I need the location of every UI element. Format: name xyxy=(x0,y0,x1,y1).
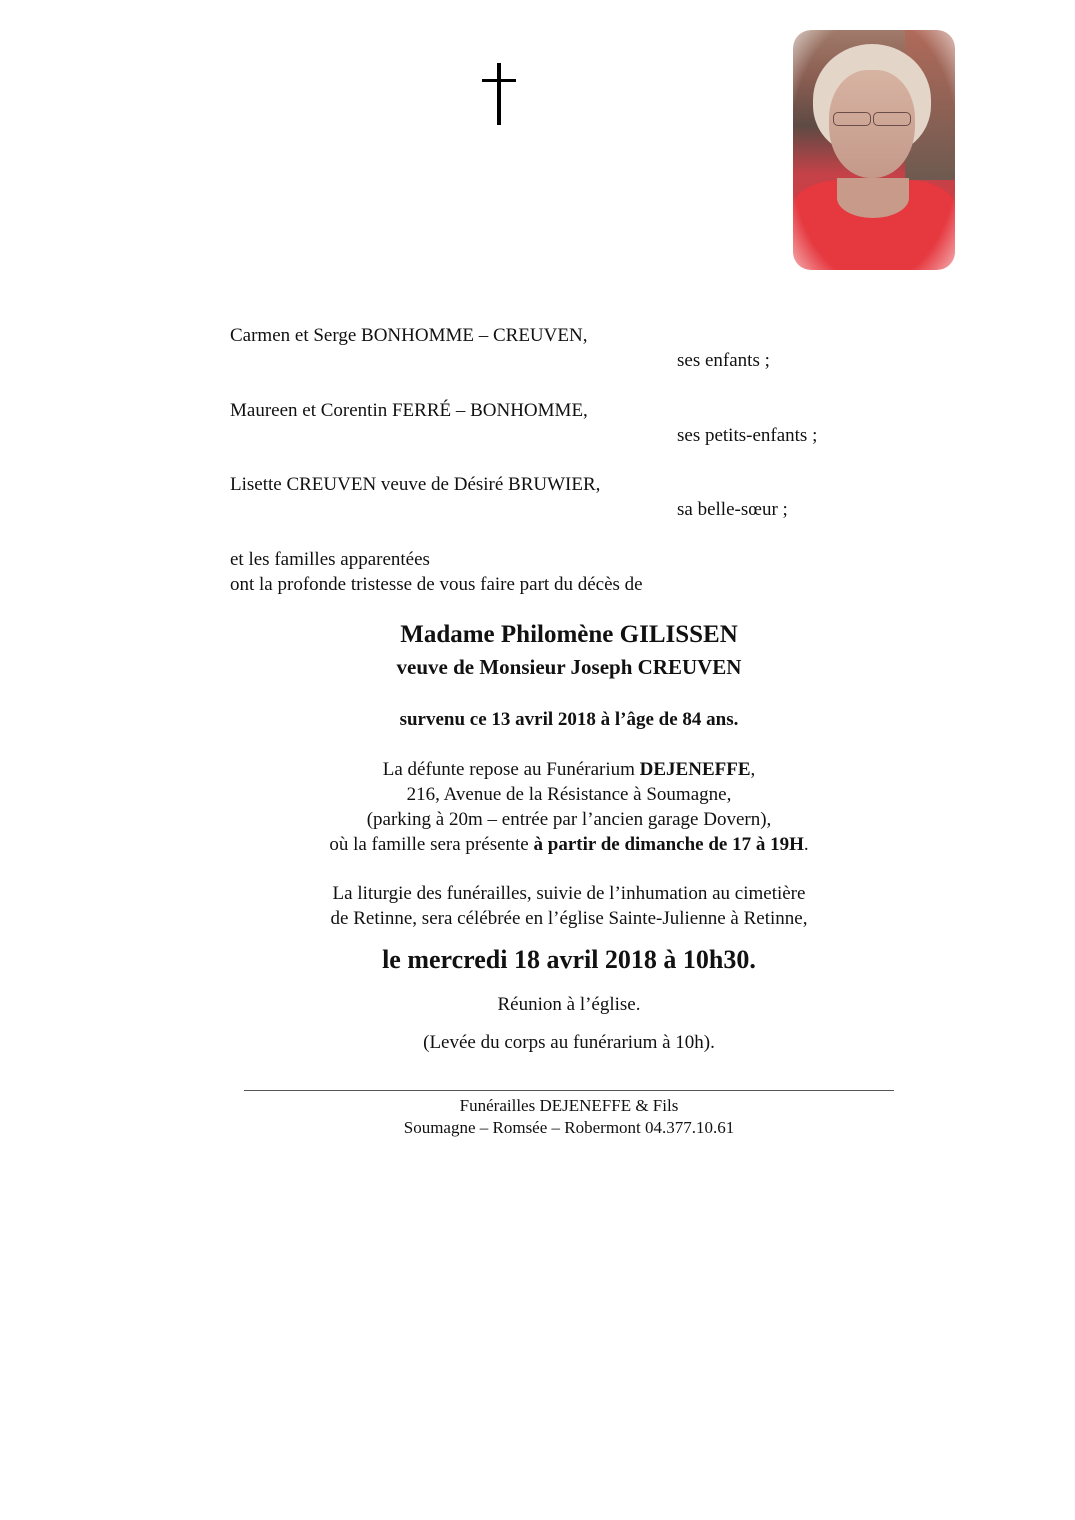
footer-divider xyxy=(244,1090,894,1091)
ceremony-meeting: Réunion à l’église. xyxy=(0,993,1075,1017)
viewing-line-3: (parking à 20m – entrée par l’ancien gar… xyxy=(0,808,1075,832)
cross-icon xyxy=(482,63,516,125)
family-relation-1: ses enfants ; xyxy=(677,349,770,373)
ceremony-line-1: La liturgie des funérailles, suivie de l… xyxy=(0,882,1075,906)
family-names-2: Maureen et Corentin FERRÉ – BONHOMME, xyxy=(230,399,588,423)
intro-line-1: et les familles apparentées xyxy=(230,548,430,572)
viewing-line-1: La défunte repose au Funérarium DEJENEFF… xyxy=(0,758,1075,782)
portrait-photo xyxy=(793,30,955,270)
family-relation-3: sa belle-sœur ; xyxy=(677,498,788,522)
family-relation-2: ses petits-enfants ; xyxy=(677,424,817,448)
viewing-line-4: où la famille sera présente à partir de … xyxy=(0,833,1075,857)
deceased-name: Madame Philomène GILISSEN xyxy=(0,623,1075,647)
ceremony-line-2: de Retinne, sera célébrée en l’église Sa… xyxy=(0,907,1075,931)
ceremony-date: le mercredi 18 avril 2018 à 10h30. xyxy=(0,948,1075,972)
deceased-spouse: veuve de Monsieur Joseph CREUVEN xyxy=(0,655,1075,679)
footer-company: Funérailles DEJENEFFE & Fils xyxy=(0,1095,1075,1117)
family-names-3: Lisette CREUVEN veuve de Désiré BRUWIER, xyxy=(230,473,600,497)
ceremony-note: (Levée du corps au funérarium à 10h). xyxy=(0,1031,1075,1055)
viewing-line-2: 216, Avenue de la Résistance à Soumagne, xyxy=(0,783,1075,807)
death-notice: survenu ce 13 avril 2018 à l’âge de 84 a… xyxy=(0,708,1075,732)
family-names-1: Carmen et Serge BONHOMME – CREUVEN, xyxy=(230,324,587,348)
intro-line-2: ont la profonde tristesse de vous faire … xyxy=(230,573,643,597)
footer-locations: Soumagne – Romsée – Robermont 04.377.10.… xyxy=(0,1117,1075,1139)
